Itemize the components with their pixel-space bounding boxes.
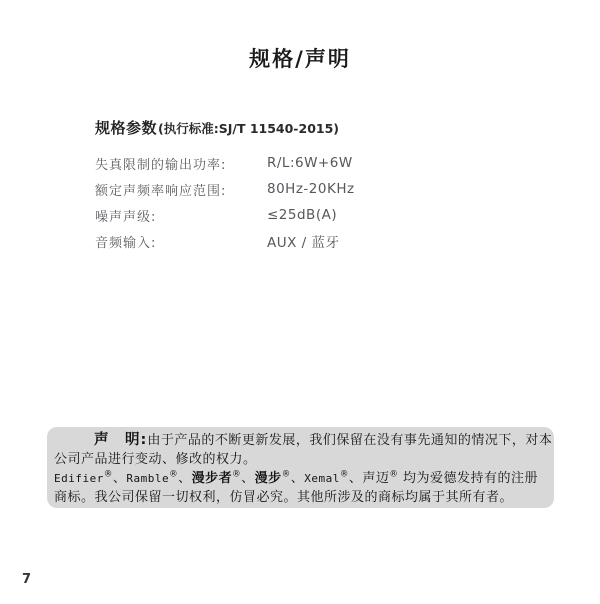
registered-mark-icon: ® [282,470,291,480]
manual-page: 规格/声明 规格参数(执行标准:SJ/T 11540-2015) 失真限制的输出… [0,0,600,604]
declaration-box: 声 明:由于产品的不断更新发展，我们保留在没有事先通知的情况下，对本 公司产品进… [47,427,554,508]
declaration-text: 由于产品的不断更新发展，我们保留在没有事先通知的情况下，对本 [147,433,552,448]
spec-label: 额定声频率响应范围: [95,180,267,199]
spec-row-noise-level: 噪声声级: ≤25dB(A) [95,202,515,228]
declaration-line-2: 公司产品进行变动、修改的权力。 [54,450,547,469]
spec-value: AUX / 蓝牙 [267,231,340,251]
brand-manbuzhe: 漫步者 [192,471,233,486]
registered-mark-icon: ® [169,470,178,480]
registered-mark-icon: ® [232,470,241,480]
spec-label: 音频输入: [95,232,267,251]
declaration-line-3: Edifier®、Ramble®、漫步者®、漫步®、Xemal®、声迈® 均为爱… [54,469,547,488]
spec-value: 80Hz-20KHz [267,181,355,197]
declaration-label: 声 明: [94,432,147,448]
spec-value: ≤25dB(A) [267,207,337,223]
specs-section: 规格参数(执行标准:SJ/T 11540-2015) 失真限制的输出功率: R/… [95,117,515,254]
registered-mark-icon: ® [340,470,349,480]
brand-xemal: Xemal [304,472,340,485]
registered-mark-icon: ® [389,470,398,480]
spec-row-audio-input: 音频输入: AUX / 蓝牙 [95,228,515,254]
separator: 、 [178,471,192,486]
spec-value: R/L:6W+6W [267,155,353,171]
specs-heading-label: 规格参数 [95,119,157,137]
separator: 、 [113,471,127,486]
specs-standard: (执行标准:SJ/T 11540-2015) [158,121,339,136]
declaration-line-4: 商标。我公司保留一切权利，仿冒必究。其他所涉及的商标均属于其所有者。 [54,488,547,507]
separator: 、 [291,471,305,486]
registered-mark-icon: ® [104,470,113,480]
spec-row-frequency-response: 额定声频率响应范围: 80Hz-20KHz [95,176,515,202]
spec-label: 失真限制的输出功率: [95,154,267,173]
page-number: 7 [22,572,31,587]
page-title: 规格/声明 [0,43,600,73]
declaration-text: 均为爱德发持有的注册 [398,471,538,486]
specs-heading: 规格参数(执行标准:SJ/T 11540-2015) [95,117,515,139]
separator: 、 [349,471,363,486]
spec-row-output-power: 失真限制的输出功率: R/L:6W+6W [95,150,515,176]
brand-edifier: Edifier [54,472,104,485]
spec-label: 噪声声级: [95,206,267,225]
declaration-line-1: 声 明:由于产品的不断更新发展，我们保留在没有事先通知的情况下，对本 [54,431,547,450]
separator: 、 [241,471,255,486]
brand-ramble: Ramble [126,472,169,485]
brand-manbu: 漫步 [255,471,282,486]
brand-shengmai: 声迈 [362,471,389,486]
